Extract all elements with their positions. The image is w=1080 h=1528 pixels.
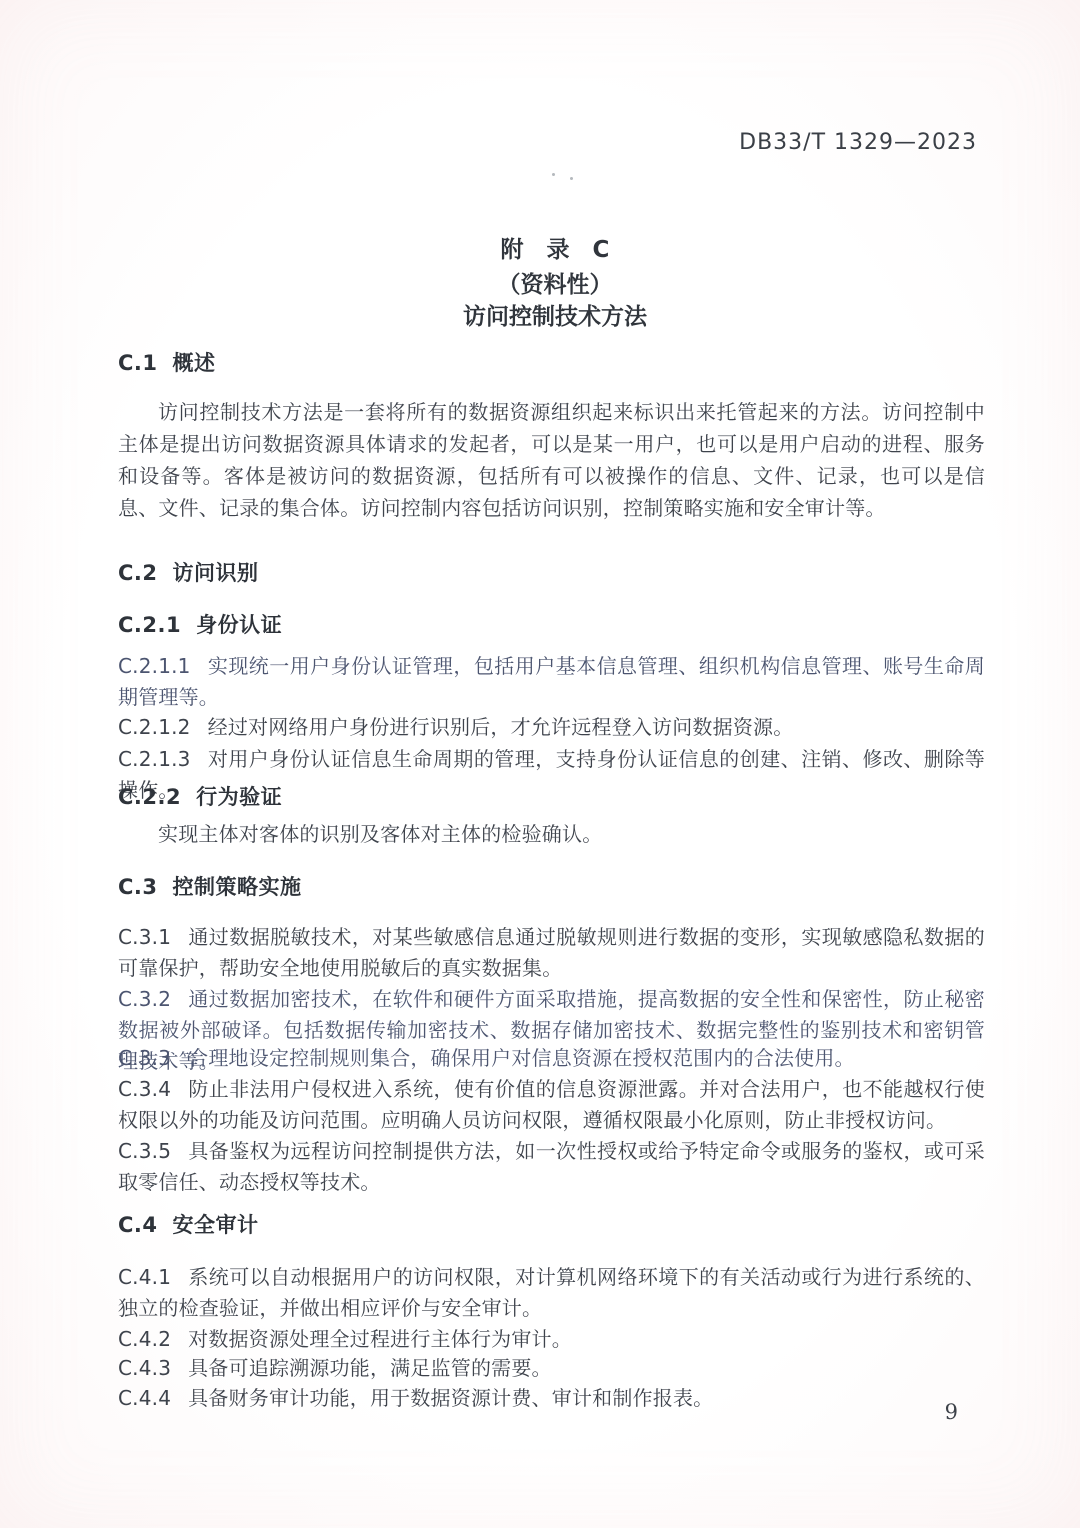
clause-number: C.2.1.3 [118, 747, 191, 771]
clause-c3-5: C.3.5具备鉴权为远程访问控制提供方法，如一次性授权或给予特定命令或服务的鉴权… [118, 1136, 985, 1198]
clause-number: C.4.1 [118, 1265, 171, 1289]
section-heading-c2-1: C.2.1身份认证 [118, 609, 985, 639]
clause-title: 安全审计 [173, 1213, 259, 1237]
clause-title: 概述 [173, 351, 216, 375]
clause-number: C.2.1.1 [118, 654, 191, 678]
clause-text: 经过对网络用户身份进行识别后，才允许远程登入访问数据资源。 [208, 715, 794, 739]
clause-number: C.3.4 [118, 1077, 171, 1101]
clause-c4-1: C.4.1系统可以自动根据用户的访问权限，对计算机网络环境下的有关活动或行为进行… [118, 1262, 985, 1324]
clause-c3-1: C.3.1通过数据脱敏技术，对某些敏感信息通过脱敏规则进行数据的变形，实现敏感隐… [118, 922, 985, 984]
clause-c4-4: C.4.4具备财务审计功能，用于数据资源计费、审计和制作报表。 [118, 1383, 985, 1414]
section-heading-c2-2: C.2.2行为验证 [118, 781, 985, 811]
clause-title: 访问识别 [173, 561, 259, 585]
clause-c4-3: C.4.3具备可追踪溯源功能，满足监管的需要。 [118, 1353, 985, 1384]
clause-c4-2: C.4.2对数据资源处理全过程进行主体行为审计。 [118, 1324, 985, 1355]
clause-number: C.4 [118, 1213, 158, 1237]
clause-c3-3: C.3.3合理地设定控制规则集合，确保用户对信息资源在授权范围内的合法使用。 [118, 1043, 985, 1074]
clause-text: 通过数据脱敏技术，对某些敏感信息通过脱敏规则进行数据的变形，实现敏感隐私数据的可… [118, 925, 985, 980]
section-heading-c3: C.3控制策略实施 [118, 871, 985, 901]
clause-number: C.3.1 [118, 925, 171, 949]
clause-c2-1-1: C.2.1.1实现统一用户身份认证管理，包括用户基本信息管理、组织机构信息管理、… [118, 651, 985, 713]
clause-number: C.3.3 [118, 1046, 171, 1070]
clause-title: 控制策略实施 [173, 875, 302, 899]
clause-number: C.4.2 [118, 1327, 171, 1351]
scan-artifact-dot [570, 177, 573, 180]
section-heading-c1: C.1概述 [118, 347, 985, 377]
clause-number: C.2.1.2 [118, 715, 191, 739]
clause-c3-4: C.3.4防止非法用户侵权进入系统，使有价值的信息资源泄露。并对合法用户，也不能… [118, 1074, 985, 1136]
clause-text: 对数据资源处理全过程进行主体行为审计。 [188, 1327, 572, 1351]
section-heading-c2: C.2访问识别 [118, 557, 985, 587]
clause-number: C.2.2 [118, 785, 181, 809]
clause-title: 行为验证 [196, 785, 282, 809]
document-page: DB33/T 1329—2023 附 录 C （资料性） 访问控制技术方法 C.… [0, 0, 1080, 1528]
clause-text: 具备财务审计功能，用于数据资源计费、审计和制作报表。 [188, 1386, 713, 1410]
standard-code: DB33/T 1329—2023 [739, 130, 977, 155]
clause-text: 具备可追踪溯源功能，满足监管的需要。 [188, 1356, 552, 1380]
clause-text: 合理地设定控制规则集合，确保用户对信息资源在授权范围内的合法使用。 [188, 1046, 855, 1070]
appendix-name: 访问控制技术方法 [30, 298, 1080, 331]
clause-title: 身份认证 [196, 613, 282, 637]
clause-text: 具备鉴权为远程访问控制提供方法，如一次性授权或给予特定命令或服务的鉴权，或可采取… [118, 1139, 985, 1194]
clause-number: C.4.4 [118, 1386, 171, 1410]
clause-number: C.3.2 [118, 987, 171, 1011]
clause-number: C.3 [118, 875, 158, 899]
page-number: 9 [945, 1400, 958, 1424]
clause-c2-2-paragraph: 实现主体对客体的识别及客体对主体的检验确认。 [118, 819, 985, 850]
clause-text: 系统可以自动根据用户的访问权限，对计算机网络环境下的有关活动或行为进行系统的、独… [118, 1265, 985, 1320]
clause-number: C.2 [118, 561, 158, 585]
clause-number: C.2.1 [118, 613, 181, 637]
clause-text: 防止非法用户侵权进入系统，使有价值的信息资源泄露。并对合法用户，也不能越权行使权… [118, 1077, 985, 1132]
clause-number: C.4.3 [118, 1356, 171, 1380]
clause-text: 实现统一用户身份认证管理，包括用户基本信息管理、组织机构信息管理、账号生命周期管… [118, 654, 985, 709]
appendix-title: 附 录 C [30, 231, 1080, 264]
clause-c1-paragraph: 访问控制技术方法是一套将所有的数据资源组织起来标识出来托管起来的方法。访问控制中… [118, 396, 985, 524]
section-heading-c4: C.4安全审计 [118, 1209, 985, 1239]
clause-c2-1-2: C.2.1.2经过对网络用户身份进行识别后，才允许远程登入访问数据资源。 [118, 712, 985, 743]
appendix-subtitle-informative: （资料性） [30, 266, 1080, 299]
scan-artifact-dot [552, 173, 555, 176]
clause-number: C.3.5 [118, 1139, 171, 1163]
clause-number: C.1 [118, 351, 158, 375]
